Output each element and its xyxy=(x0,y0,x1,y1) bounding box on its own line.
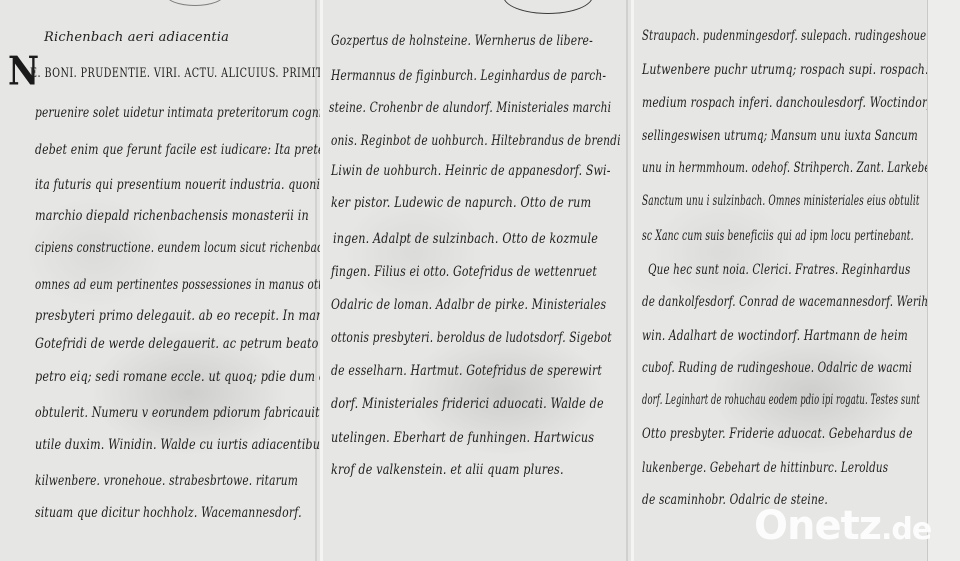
text-line: ita futuris qui presentium nouerit indus… xyxy=(35,177,337,193)
text-line: steine. Crohenbr de alundorf. Ministeria… xyxy=(329,100,611,116)
text-line: fingen. Filius ei otto. Gotefridus de we… xyxy=(331,264,597,280)
watermark-tld: .de xyxy=(881,512,931,547)
text-line: petro eiq; sedi romane eccle. ut quoq; p… xyxy=(35,369,336,385)
manuscript-scan: N Richenbach aeri adiacentia E. BONI. PR… xyxy=(0,0,960,561)
text-line: Hermannus de figinburch. Leginhardus de … xyxy=(331,68,606,84)
onetz-watermark: Onetz.de xyxy=(754,503,931,549)
text-line: Odalric de loman. Adalbr de pirke. Minis… xyxy=(331,297,606,313)
text-line: kilwenbere. vronehoue. strabesbrtowe. ri… xyxy=(35,473,298,489)
text-line: medium rospach inferi. danchoulesdorf. W… xyxy=(642,95,935,111)
text-line: obtulerit. Numeru v eorundem pdiorum fab… xyxy=(35,405,320,421)
text-line: cubof. Ruding de rudingeshoue. Odalric d… xyxy=(642,360,912,376)
text-line: omnes ad eum pertinentes possessiones in… xyxy=(35,277,345,293)
text-line: krof de valkenstein. et alii quam plures… xyxy=(331,462,564,478)
text-line: de dankolfesdorf. Conrad de wacemannesdo… xyxy=(642,294,928,310)
text-line: lukenberge. Gebehart de hittinburc. Lero… xyxy=(642,460,888,476)
text-line: utelingen. Eberhart de funhingen. Hartwi… xyxy=(331,430,594,446)
column-heading: Richenbach aeri adiacentia xyxy=(44,30,229,45)
text-line: sc Xanc cum suis beneficiis qui ad ipm l… xyxy=(642,228,914,244)
text-line: Otto presbyter. Friderie aduocat. Gebeha… xyxy=(642,426,913,442)
text-line: de esselharn. Hartmut. Gotefridus de spe… xyxy=(331,363,602,379)
text-line: Lutwenbere puchr utrumq; rospach supi. r… xyxy=(642,62,929,78)
text-line: cipiens constructione. eundem locum sicu… xyxy=(35,240,347,256)
manuscript-column-1: N Richenbach aeri adiacentia E. BONI. PR… xyxy=(0,0,317,561)
text-line: Gozpertus de holnsteine. Wernherus de li… xyxy=(331,33,593,49)
manuscript-column-3: Straupach. pudenmingesdorf. sulepach. ru… xyxy=(631,0,927,561)
decorative-arc xyxy=(165,0,225,6)
text-line: presbyteri primo delegauit. ab eo recepi… xyxy=(35,308,331,324)
page-margin xyxy=(927,0,960,561)
text-line: Sanctum unu i sulzinbach. Omnes minister… xyxy=(642,193,920,209)
text-line: utile duxim. Winidin. Walde cu iurtis ad… xyxy=(35,437,326,453)
text-line: Que hec sunt noia. Clerici. Fratres. Reg… xyxy=(648,262,910,278)
text-line: debet enim que ferunt facile est iudicar… xyxy=(35,142,334,158)
decorative-arc xyxy=(503,0,593,14)
text-line: E. BONI. PRUDENTIE. VIRI. ACTU. ALICUIUS… xyxy=(30,66,341,81)
text-line: onis. Reginbot de uohburch. Hiltebrandus… xyxy=(331,133,621,149)
text-line: ingen. Adalpt de sulzinbach. Otto de koz… xyxy=(333,231,598,247)
text-line: sellingeswisen utrumq; Mansum unu iuxta … xyxy=(642,128,918,144)
watermark-brand: Onetz xyxy=(754,503,881,549)
text-line: ottonis presbyteri. beroldus de ludotsdo… xyxy=(331,330,612,346)
text-line: Straupach. pudenmingesdorf. sulepach. ru… xyxy=(642,28,936,44)
text-line: Gotefridi de werde delegauerit. ac petru… xyxy=(35,336,319,352)
text-line: win. Adalhart de woctindorf. Hartmann de… xyxy=(642,328,908,344)
text-line: Liwin de uohburch. Heinric de appanesdor… xyxy=(331,163,611,179)
text-line: situam que dicitur hochholz. Wacemannesd… xyxy=(35,505,302,521)
text-line: unu in hermmhoum. odehof. Strihperch. Za… xyxy=(642,160,930,176)
text-line: marchio diepald richenbachensis monaster… xyxy=(35,208,309,224)
text-line: peruenire solet uidetur intimata preteri… xyxy=(35,105,340,121)
text-line: dorf. Leginhart de rohuchau eodem pdio i… xyxy=(642,392,920,408)
text-line: dorf. Ministeriales friderici aduocati. … xyxy=(331,396,604,412)
text-line: ker pistor. Ludewic de napurch. Otto de … xyxy=(331,195,591,211)
manuscript-column-2: Gozpertus de holnsteine. Wernherus de li… xyxy=(320,0,628,561)
